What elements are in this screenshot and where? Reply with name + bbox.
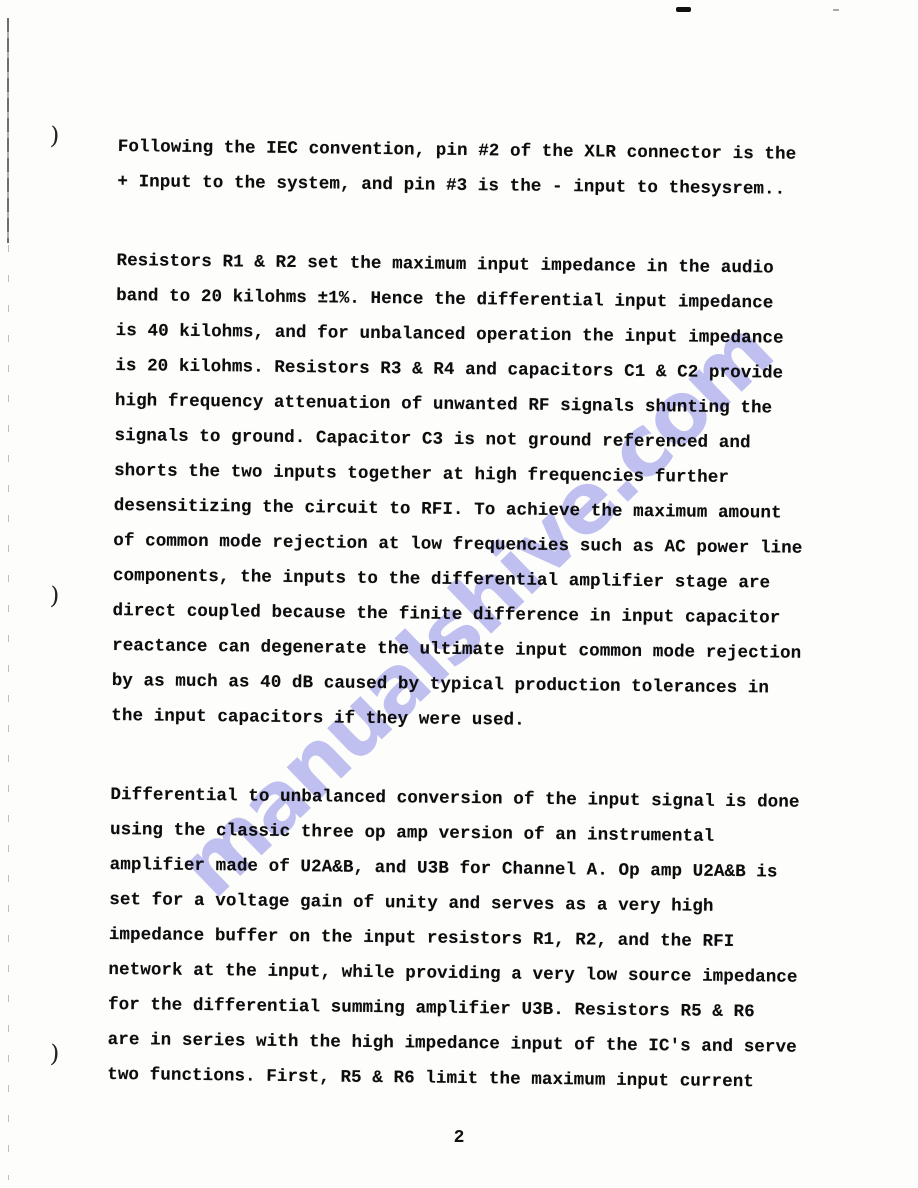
scan-artifact-top-dash — [676, 7, 691, 12]
scan-artifact-left-line — [7, 18, 9, 243]
paragraph-input-impedance: Resistors R1 & R2 set the maximum input … — [111, 244, 832, 742]
text-line: two functions. First, R5 & R6 limit the … — [107, 1058, 822, 1101]
scan-artifact-top-dash-faint — [833, 9, 839, 11]
margin-paren-mark-2: ) — [49, 582, 68, 611]
scan-artifact-left-line-dashed — [8, 245, 9, 1180]
page-number: 2 — [0, 1128, 918, 1148]
margin-paren-mark-1: ) — [49, 122, 68, 151]
text-line: + Input to the system, and pin #3 is the… — [117, 165, 832, 208]
margin-paren-mark-3: ) — [49, 1040, 68, 1069]
document-body-text: Following the IEC convention, pin #2 of … — [107, 130, 833, 1101]
scanned-document-page: ) ) ) manualshive.com Following the IEC … — [0, 0, 918, 1188]
paragraph-iec-convention: Following the IEC convention, pin #2 of … — [117, 130, 833, 208]
paragraph-differential-conversion: Differential to unbalanced conversion of… — [107, 778, 826, 1101]
